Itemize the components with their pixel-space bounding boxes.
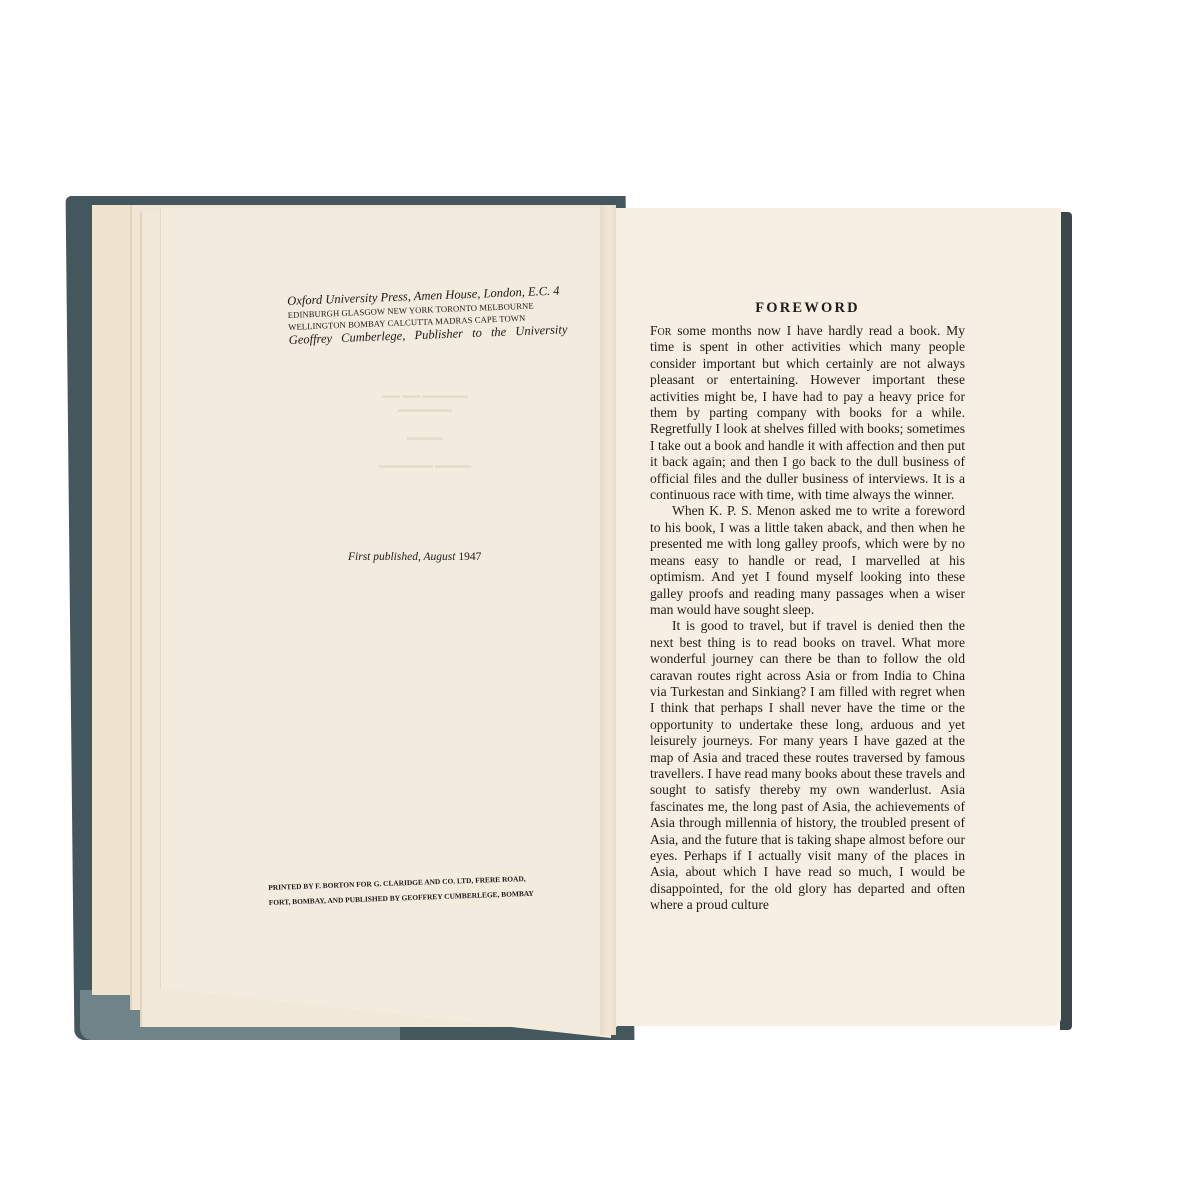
book-cover-right-edge xyxy=(1060,212,1072,1030)
foreword-section: FOREWORD For some months now I have hard… xyxy=(650,300,965,914)
foreword-title: FOREWORD xyxy=(650,300,965,317)
foreword-paragraph-3: It is good to travel, but if travel is d… xyxy=(650,618,965,913)
show-through-text: ▬▬ ▬▬ ▬▬▬▬▬ ▬▬▬▬▬▬ ▬▬▬▬ ▬▬▬▬▬▬ ▬▬▬▬ xyxy=(330,388,520,472)
drop-word: For xyxy=(650,323,671,338)
first-published-label: First published, August xyxy=(348,551,455,563)
foreword-paragraph-1: For some months now I have hardly read a… xyxy=(650,323,965,503)
foreword-paragraph-2: When K. P. S. Menon asked me to write a … xyxy=(650,503,965,618)
book-gutter xyxy=(600,205,616,1035)
first-published-year: 1947 xyxy=(458,551,481,563)
first-published-line: First published, August 1947 xyxy=(348,551,481,563)
publisher-imprint: Oxford University Press, Amen House, Lon… xyxy=(287,283,569,348)
